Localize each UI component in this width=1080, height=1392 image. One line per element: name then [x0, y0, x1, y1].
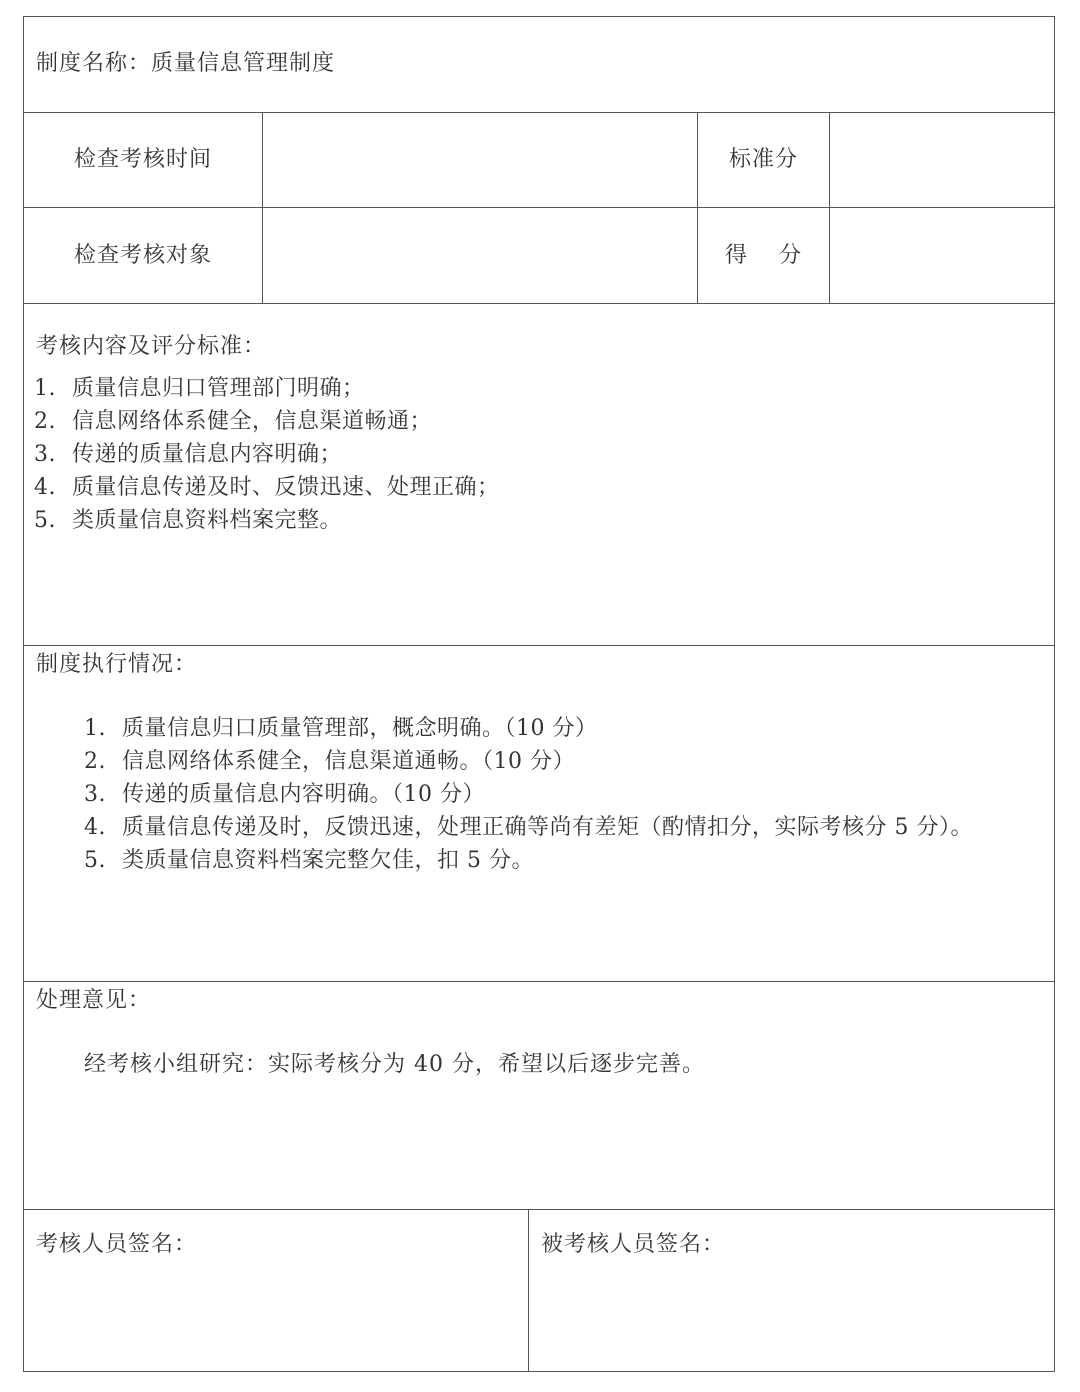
standard-score-value-cell[interactable]	[829, 113, 1054, 207]
standard-score-label-cell: 标准分	[697, 113, 829, 207]
execution-item: 5.类质量信息资料档案完整欠佳，扣 5 分。	[84, 844, 973, 877]
score-value-cell[interactable]	[829, 208, 1054, 303]
inspection-time-row: 检查考核时间 标准分	[24, 113, 1054, 208]
execution-heading: 制度执行情况：	[36, 654, 197, 676]
inspectee-signature-label: 被考核人员签名：	[541, 1234, 725, 1256]
criteria-item: 3.传递的质量信息内容明确；	[34, 438, 500, 471]
criteria-item: 2.信息网络体系健全，信息渠道畅通；	[34, 405, 500, 438]
inspection-time-value-cell[interactable]	[262, 113, 697, 207]
criteria-item: 5.类质量信息资料档案完整。	[34, 504, 500, 537]
inspection-time-label-cell: 检查考核时间	[24, 113, 262, 207]
score-label: 得 分	[725, 245, 802, 267]
inspectee-signature-cell[interactable]: 被考核人员签名：	[528, 1210, 1054, 1371]
standard-score-label: 标准分	[729, 149, 798, 171]
opinion-section: 处理意见： 经考核小组研究：实际考核分为 40 分，希望以后逐步完善。	[24, 982, 1054, 1210]
title-row: 制度名称：质量信息管理制度	[24, 17, 1054, 113]
criteria-heading: 考核内容及评分标准：	[36, 336, 266, 358]
criteria-item: 4.质量信息传递及时、反馈迅速、处理正确；	[34, 471, 500, 504]
execution-list: 1.质量信息归口质量管理部，概念明确。（10 分） 2.信息网络体系健全，信息渠…	[84, 712, 973, 877]
inspection-target-label-cell: 检查考核对象	[24, 208, 262, 303]
score-label-cell: 得 分	[697, 208, 829, 303]
signature-row: 考核人员签名： 被考核人员签名：	[24, 1210, 1054, 1371]
inspection-time-label: 检查考核时间	[74, 149, 212, 171]
criteria-item: 1.质量信息归口管理部门明确；	[34, 372, 500, 405]
execution-item: 2.信息网络体系健全，信息渠道通畅。（10 分）	[84, 745, 973, 778]
opinion-text: 经考核小组研究：实际考核分为 40 分，希望以后逐步完善。	[84, 1054, 705, 1076]
execution-item: 4.质量信息传递及时，反馈迅速，处理正确等尚有差矩（酌情扣分，实际考核分 5 分…	[84, 811, 973, 844]
inspector-signature-cell[interactable]: 考核人员签名：	[24, 1210, 528, 1371]
inspector-signature-label: 考核人员签名：	[36, 1234, 197, 1256]
inspection-target-row: 检查考核对象 得 分	[24, 208, 1054, 304]
system-name-label: 制度名称：质量信息管理制度	[36, 53, 335, 75]
inspection-target-label: 检查考核对象	[74, 245, 212, 267]
execution-section: 制度执行情况： 1.质量信息归口质量管理部，概念明确。（10 分） 2.信息网络…	[24, 646, 1054, 982]
execution-item: 3.传递的质量信息内容明确。（10 分）	[84, 778, 973, 811]
inspection-target-value-cell[interactable]	[262, 208, 697, 303]
criteria-section: 考核内容及评分标准： 1.质量信息归口管理部门明确； 2.信息网络体系健全，信息…	[24, 304, 1054, 646]
opinion-heading: 处理意见：	[36, 990, 151, 1012]
criteria-list: 1.质量信息归口管理部门明确； 2.信息网络体系健全，信息渠道畅通； 3.传递的…	[34, 372, 500, 537]
execution-item: 1.质量信息归口质量管理部，概念明确。（10 分）	[84, 712, 973, 745]
assessment-form: 制度名称：质量信息管理制度 检查考核时间 标准分 检查考核对象 得 分 考核内容…	[23, 16, 1055, 1372]
